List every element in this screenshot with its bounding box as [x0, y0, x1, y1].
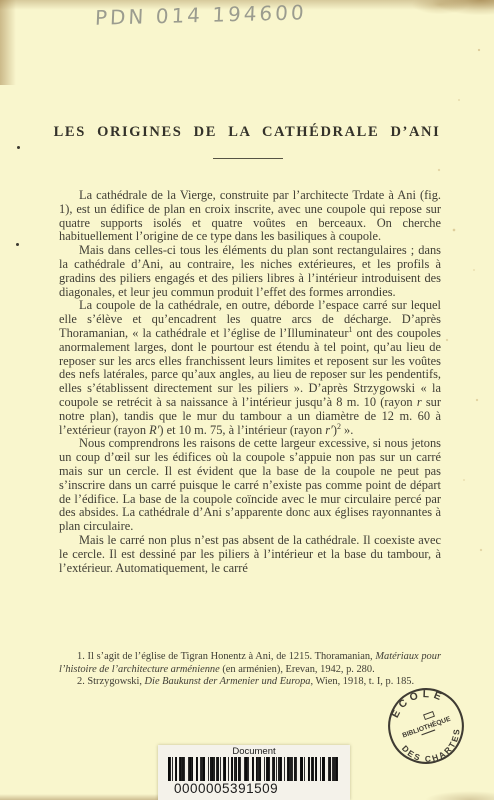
page-title: LES ORIGINES DE LA CATHÉDRALE D’ANI — [0, 124, 494, 141]
barcode-number: 0000005391509 — [158, 781, 350, 797]
paragraph: Nous comprendrons les raisons de cette l… — [59, 437, 441, 534]
barcode-caption: Document — [158, 745, 350, 757]
paragraph: La cathédrale de la Vierge, construite p… — [59, 189, 441, 244]
foxing-corner-bottom-right — [414, 778, 494, 800]
library-stamp: ECOLE DES CHARTES BIBLIOTHÈQUE — [375, 675, 478, 778]
title-divider — [213, 158, 283, 159]
barcode-sticker: Document 0000005391509 — [158, 745, 350, 800]
stamp-text-middle: BIBLIOTHÈQUE — [401, 714, 452, 740]
paragraph: 1. Il s’agit de l’église de Tigran Honen… — [59, 651, 441, 676]
body-text: La cathédrale de la Vierge, construite p… — [59, 189, 441, 575]
ink-speck — [16, 243, 19, 246]
scan-smudge-left — [0, 0, 16, 85]
paragraph: La coupole de la cathédrale, en outre, d… — [59, 299, 441, 437]
handwritten-shelfmark: PDN 014 194600 — [95, 0, 308, 30]
paragraph: Mais dans celles-ci tous les éléments du… — [59, 244, 441, 299]
ink-speck — [17, 146, 20, 149]
barcode-icon — [168, 757, 340, 781]
foxing-corner-top-right — [404, 0, 494, 46]
footnotes: 1. Il s’agit de l’église de Tigran Honen… — [59, 651, 441, 689]
library-stamp-graphic: ECOLE DES CHARTES BIBLIOTHÈQUE — [375, 675, 478, 778]
paragraph: 2. Strzygowski, Die Baukunst der Armenie… — [59, 676, 441, 689]
paragraph: Mais le carré non plus n’est pas absent … — [59, 534, 441, 575]
